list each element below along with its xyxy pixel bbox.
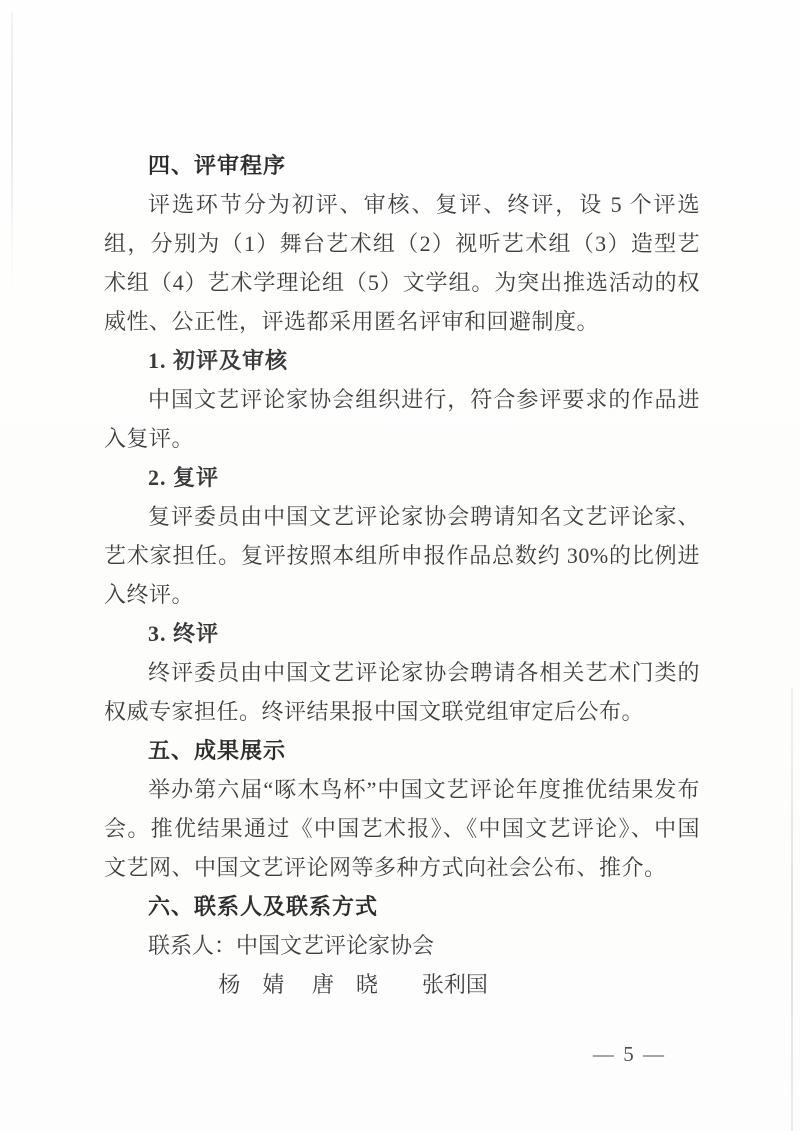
paragraph-second-review: 复评委员由中国文艺评论家协会聘请知名文艺评论家、艺术家担任。复评按照本组所申报作… <box>104 497 700 614</box>
subheading-initial-review: 1. 初评及审核 <box>104 341 700 380</box>
section-heading-review-procedure: 四、评审程序 <box>104 146 700 185</box>
contact-organization-line: 联系人：中国文艺评论家协会 <box>104 926 700 965</box>
page-number: — 5 — <box>593 1042 666 1067</box>
scan-artifact-right-edge <box>791 688 793 1131</box>
paragraph-selection-stages: 评选环节分为初评、审核、复评、终评，设 5 个评选组，分别为（1）舞台艺术组（2… <box>104 185 700 341</box>
paragraph-results-announcement: 举办第六届“啄木鸟杯”中国文艺评论年度推优结果发布会。推优结果通过《中国艺术报》… <box>104 770 700 887</box>
document-body: 四、评审程序 评选环节分为初评、审核、复评、终评，设 5 个评选组，分别为（1）… <box>104 146 700 1004</box>
section-heading-results-display: 五、成果展示 <box>104 731 700 770</box>
paragraph-final-review: 终评委员由中国文艺评论家协会聘请各相关艺术门类的权威专家担任。终评结果报中国文联… <box>104 653 700 731</box>
paragraph-initial-review: 中国文艺评论家协会组织进行，符合参评要求的作品进入复评。 <box>104 380 700 458</box>
contact-person-names: 杨 婧 唐 晓 张利国 <box>218 965 700 1004</box>
scan-artifact-left-edge <box>11 12 13 302</box>
subheading-second-review: 2. 复评 <box>104 458 700 497</box>
subheading-final-review: 3. 终评 <box>104 614 700 653</box>
section-heading-contact-info: 六、联系人及联系方式 <box>104 887 700 926</box>
